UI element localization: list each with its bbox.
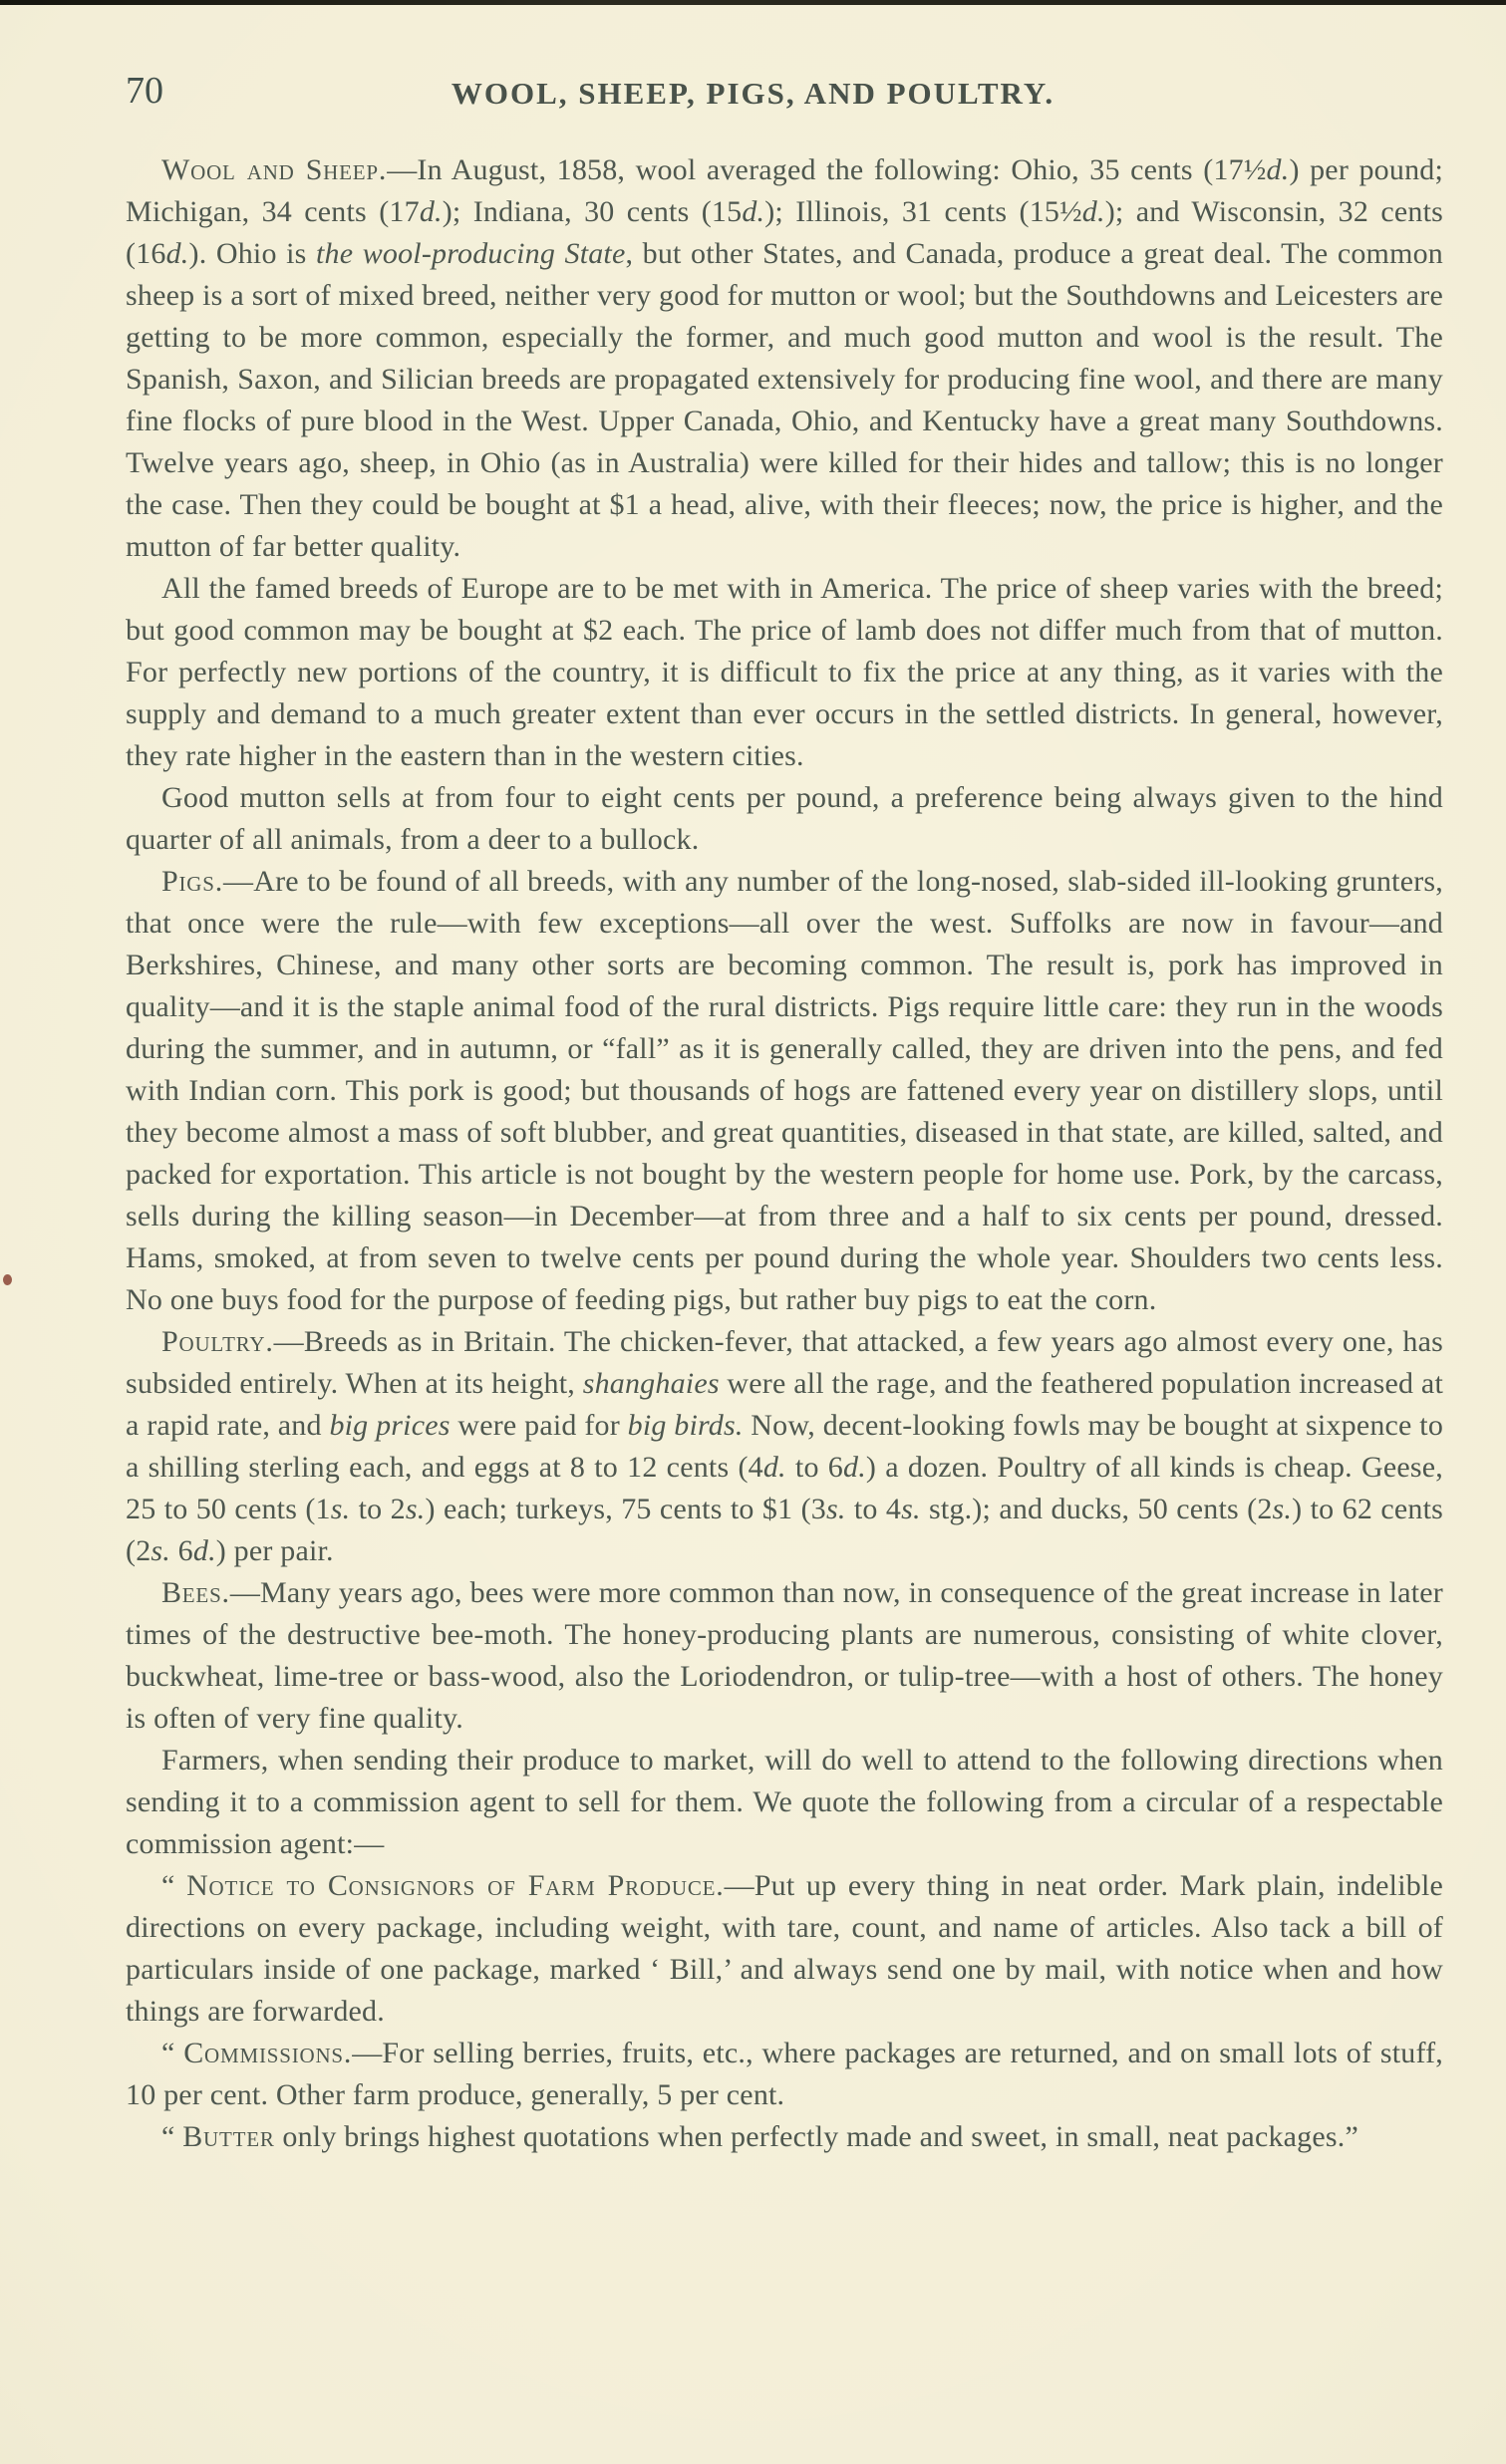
paragraph-1: Wool and Sheep.—In August, 1858, wool av… <box>126 149 1443 568</box>
text-segment: s. <box>406 1493 426 1525</box>
text-segment: —In August, 1858, wool averaged the foll… <box>387 153 1266 186</box>
text-segment: s. <box>151 1534 170 1567</box>
running-title: WOOL, SHEEP, PIGS, AND POULTRY. <box>0 78 1506 109</box>
section-lead: Butter <box>182 2120 274 2153</box>
text-segment: —Many years ago, bees were more common t… <box>126 1576 1443 1735</box>
text-segment: were paid for <box>451 1409 628 1442</box>
text-segment: s. <box>901 1493 921 1525</box>
ink-speck <box>3 1274 12 1285</box>
text-segment: “ <box>161 1869 186 1902</box>
text-segment: s. <box>331 1493 351 1525</box>
paragraph-5: Poultry.—Breeds as in Britain. The chick… <box>126 1321 1443 1572</box>
text-segment: the wool-producing State <box>316 237 626 270</box>
paragraph-4: Pigs.—Are to be found of all breeds, wit… <box>126 861 1443 1321</box>
text-segment: big birds. <box>628 1409 744 1442</box>
text-segment: d. <box>1082 195 1105 228</box>
text-segment: to 6 <box>786 1451 843 1484</box>
text-segment: ). Ohio is <box>189 237 316 270</box>
section-lead: Wool and Sheep. <box>161 153 387 186</box>
paragraph-6: Bees.—Many years ago, bees were more com… <box>126 1572 1443 1740</box>
text-segment: stg.); and ducks, 50 cents (2 <box>921 1493 1273 1525</box>
text-segment: d. <box>742 195 764 228</box>
text-segment: —Are to be found of all breeds, with any… <box>126 865 1443 1316</box>
text-segment: d. <box>1267 153 1290 186</box>
text-segment: d. <box>763 1451 786 1484</box>
text-segment: “ <box>161 2120 182 2153</box>
text-body: Wool and Sheep.—In August, 1858, wool av… <box>126 149 1443 2158</box>
section-lead: Commissions. <box>183 2037 352 2069</box>
text-segment: s. <box>1273 1493 1293 1525</box>
text-segment: big prices <box>329 1409 450 1442</box>
section-lead: Notice to Consignors of Farm Produce. <box>186 1869 725 1902</box>
text-segment: , but other States, and Canada, produce … <box>126 237 1443 563</box>
section-lead: Bees. <box>161 1576 230 1609</box>
text-segment: only brings highest quotations when perf… <box>275 2120 1358 2153</box>
text-segment: d. <box>193 1534 216 1567</box>
paragraph-3: Good mutton sells at from four to eight … <box>126 777 1443 861</box>
paragraph-8: “ Notice to Consignors of Farm Produce.—… <box>126 1865 1443 2033</box>
text-segment: ) each; turkeys, 75 cents to $1 (3 <box>425 1493 826 1525</box>
text-segment: to 2 <box>350 1493 406 1525</box>
text-segment: to 4 <box>846 1493 902 1525</box>
scan-top-edge <box>0 0 1506 5</box>
text-segment: All the famed breeds of Europe are to be… <box>126 572 1443 772</box>
text-segment: ) per pair. <box>216 1534 334 1567</box>
section-lead: Poultry. <box>161 1325 274 1358</box>
text-segment: d. <box>166 237 189 270</box>
text-segment: Farmers, when sending their produce to m… <box>126 1744 1443 1860</box>
text-segment: shanghaies <box>583 1367 720 1400</box>
paragraph-2: All the famed breeds of Europe are to be… <box>126 568 1443 777</box>
text-segment: ); Illinois, 31 cents (15½ <box>764 195 1082 228</box>
text-segment: Good mutton sells at from four to eight … <box>126 781 1443 856</box>
text-segment: s. <box>826 1493 846 1525</box>
text-segment: d. <box>843 1451 866 1484</box>
text-segment: 6 <box>170 1534 193 1567</box>
text-segment: ); Indiana, 30 cents (15 <box>443 195 743 228</box>
text-segment: “ <box>161 2037 183 2069</box>
section-lead: Pigs. <box>161 865 223 898</box>
book-page: 70 WOOL, SHEEP, PIGS, AND POULTRY. Wool … <box>0 0 1506 2464</box>
paragraph-9: “ Commissions.—For selling berries, frui… <box>126 2033 1443 2116</box>
text-segment: d. <box>420 195 443 228</box>
paragraph-10: “ Butter only brings highest quotations … <box>126 2116 1443 2158</box>
paragraph-7: Farmers, when sending their produce to m… <box>126 1740 1443 1865</box>
